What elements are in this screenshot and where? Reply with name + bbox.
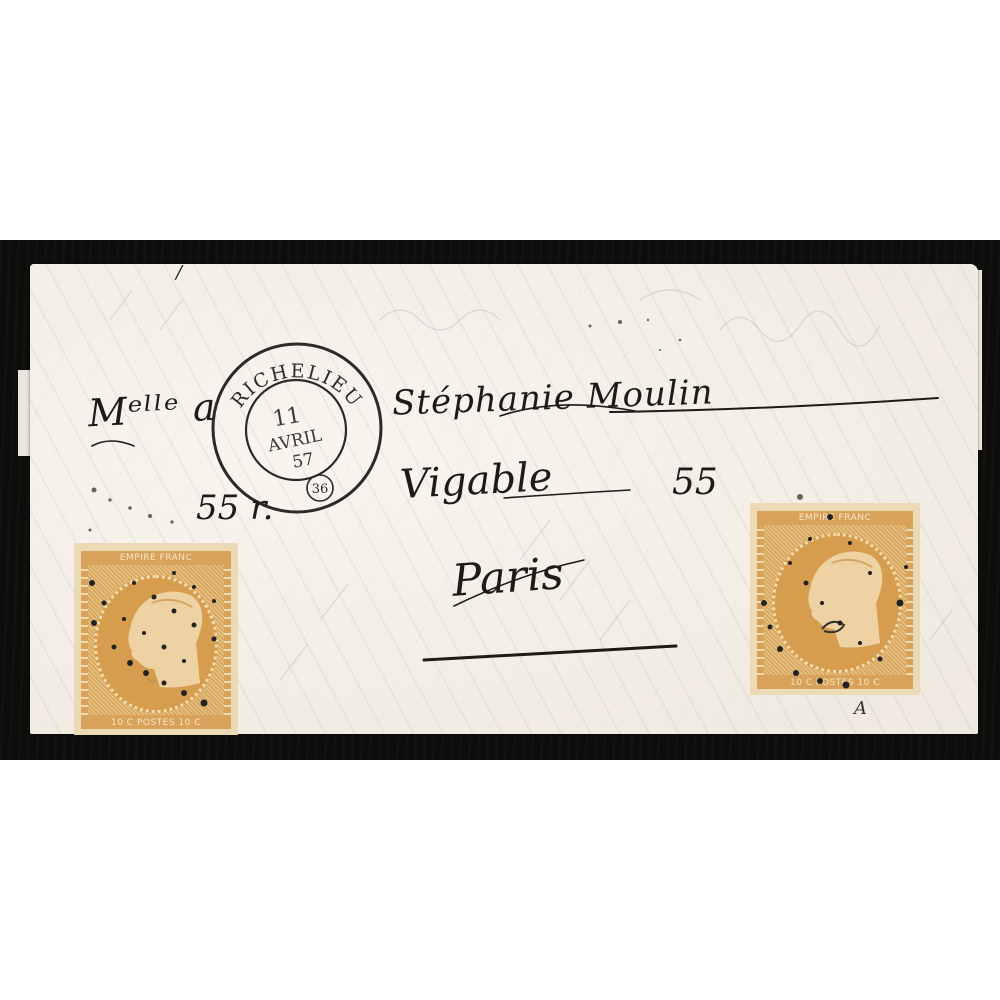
- address-salutation: Mᵉˡˡᵉ a: [87, 385, 218, 436]
- napoleon-portrait-icon: [750, 503, 920, 695]
- address-street-prefix: 55 r.: [196, 488, 273, 528]
- postmark-year: 57: [291, 449, 316, 472]
- photo-stage: RICHELIEU 11 AVRIL 57 36 / Mᵉˡˡᵉ a Stéph…: [0, 0, 1000, 1000]
- address-house-number: 55: [672, 462, 718, 503]
- margin-mark-top: /: [176, 262, 182, 283]
- address-street: Vigable: [399, 454, 554, 508]
- stamp-left: EMPIRE FRANC 10 C POSTES 10 C: [74, 543, 238, 735]
- margin-mark-bottom: A: [854, 698, 867, 719]
- napoleon-portrait-icon: [74, 543, 238, 735]
- stamp-top-text: EMPIRE FRANC: [88, 552, 224, 564]
- postmark-department: 36: [312, 482, 329, 497]
- postmark-day: 11: [271, 403, 303, 432]
- address-city: Paris: [450, 548, 565, 607]
- stamp-bottom-text: 10 C POSTES 10 C: [764, 677, 906, 689]
- stamp-top-text: EMPIRE FRANC: [764, 512, 906, 524]
- stamp-bottom-text: 10 C POSTES 10 C: [88, 717, 224, 729]
- stamp-right: EMPIRE FRANC 10 C POSTES 10 C: [750, 503, 920, 695]
